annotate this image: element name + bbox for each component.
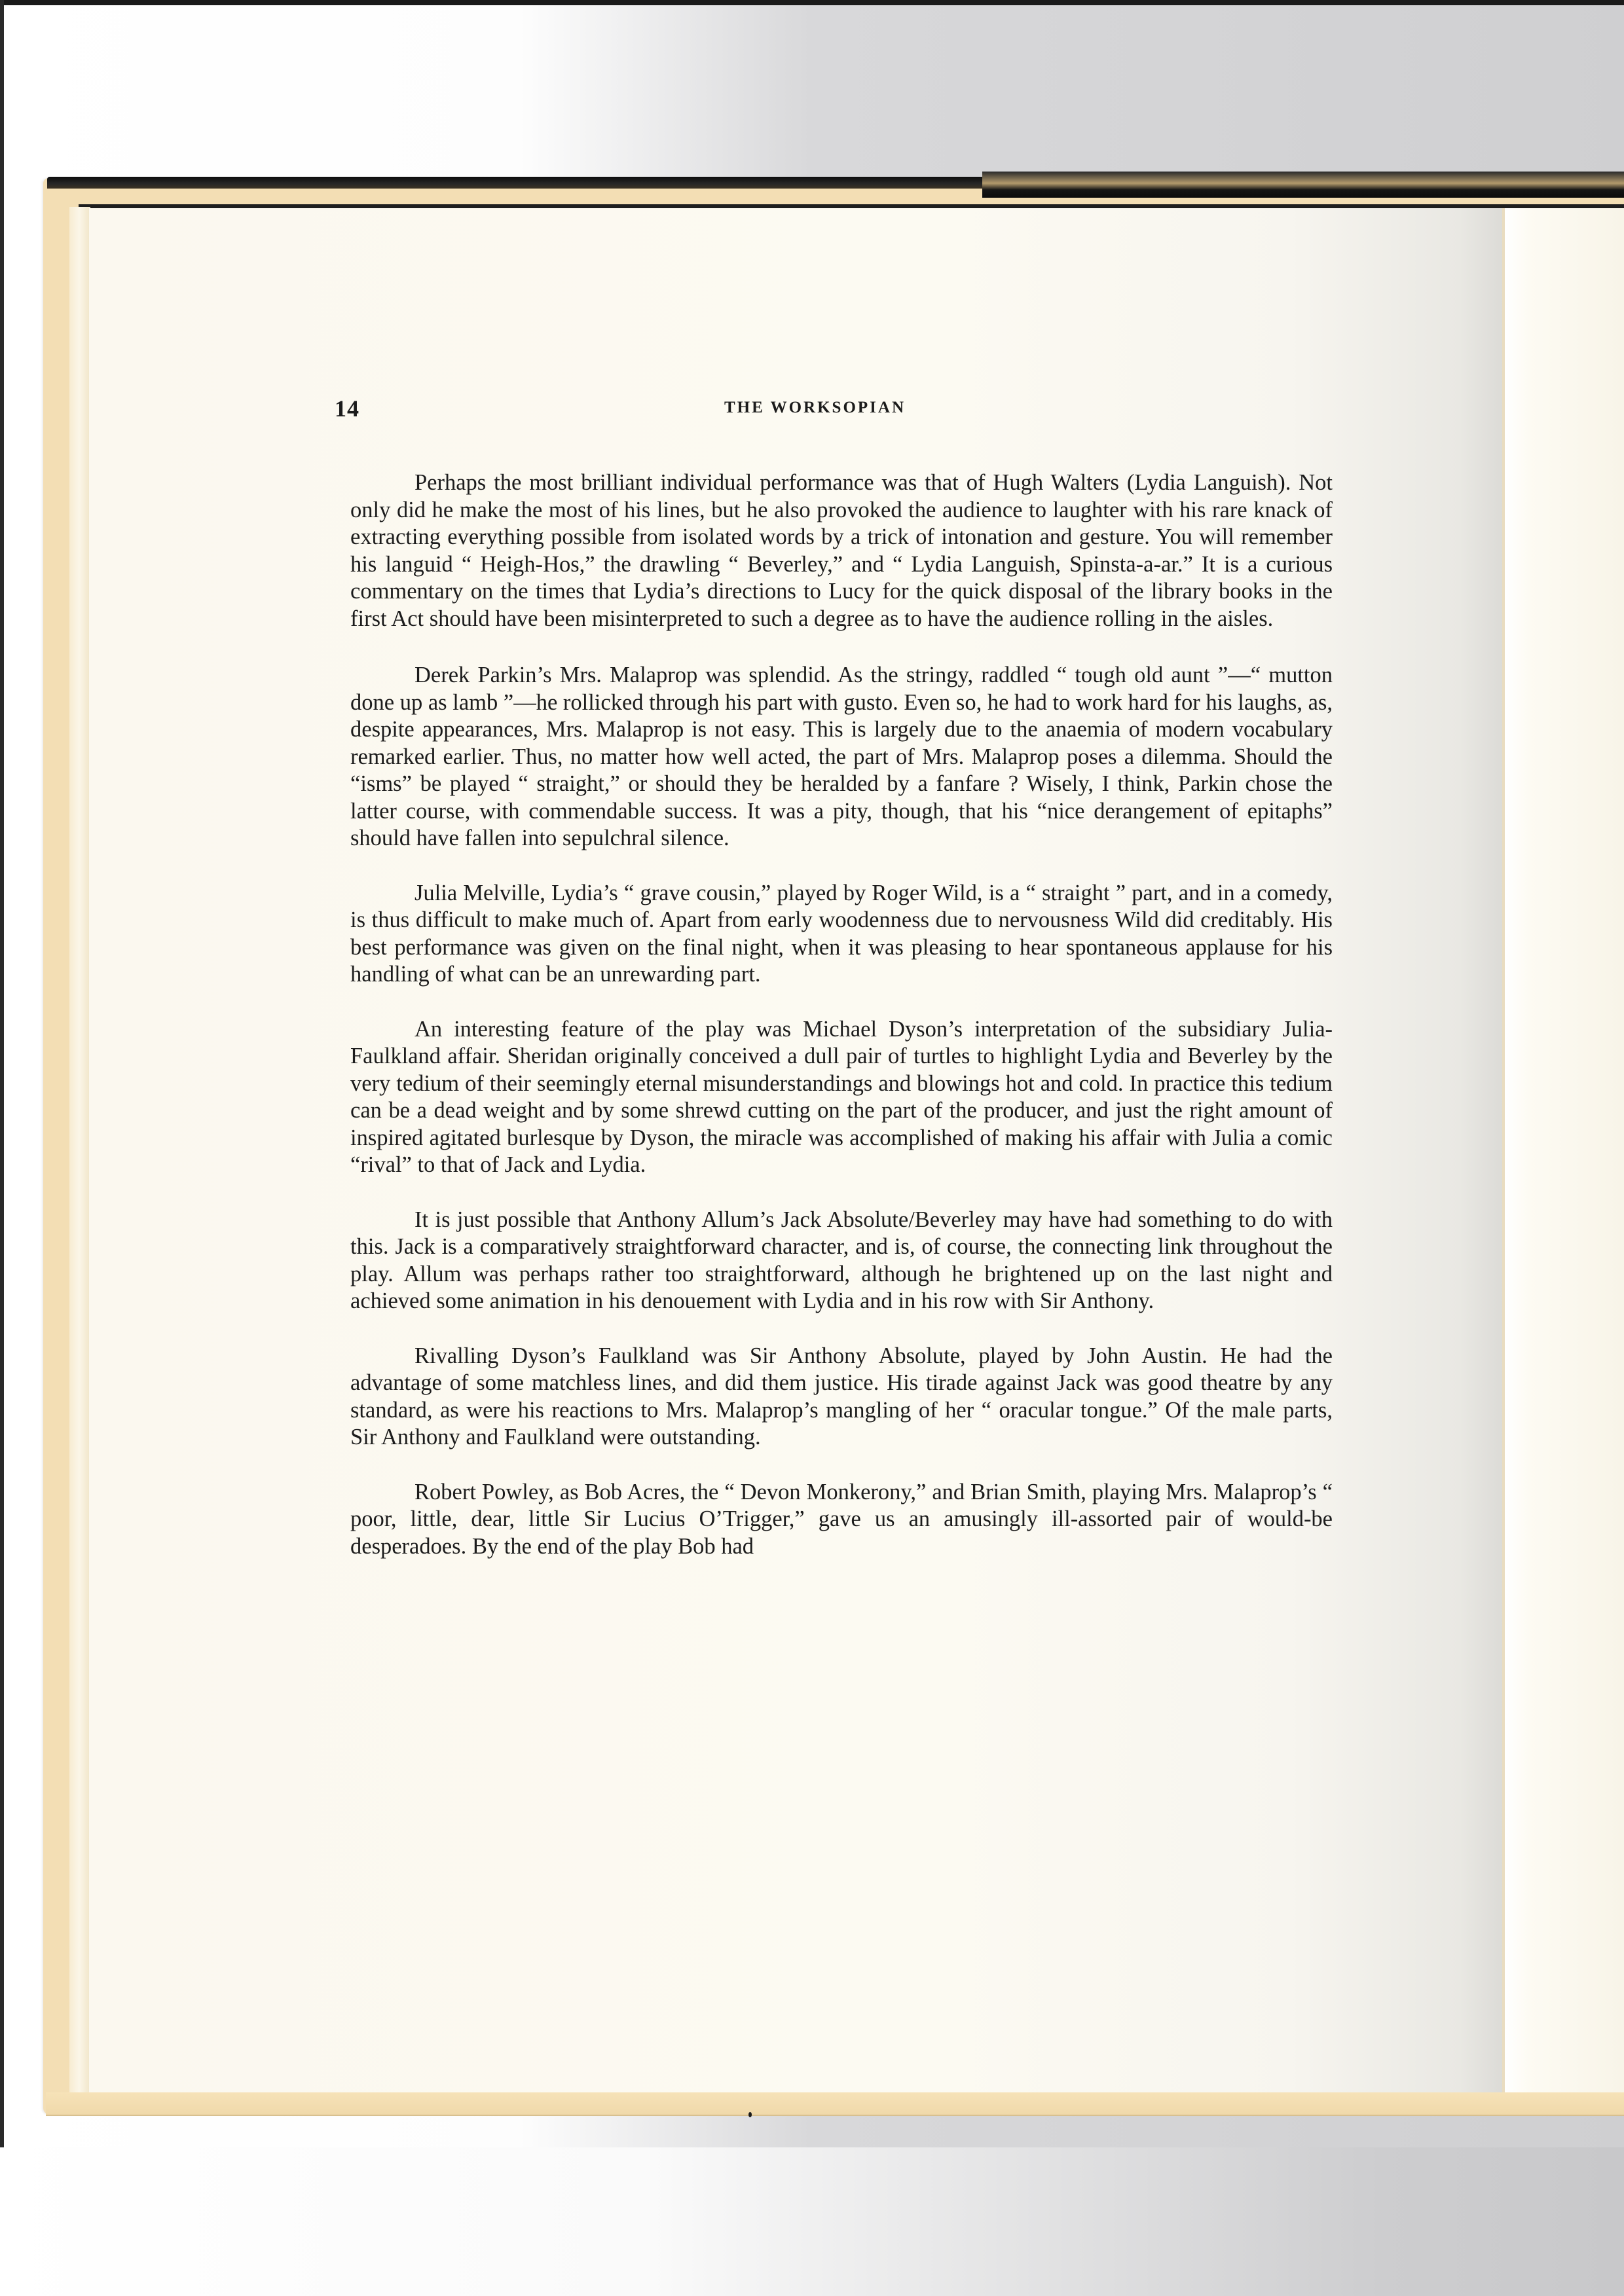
paragraph-hugh-walters: Perhaps the most brilliant individual pe…: [350, 469, 1333, 632]
scan-border-top: [0, 0, 1624, 5]
article-body: Perhaps the most brilliant individual pe…: [350, 469, 1333, 1560]
paragraph-john-austin: Rivalling Dyson’s Faulkland was Sir Anth…: [350, 1343, 1333, 1451]
booklet-top-edge-worn: [982, 172, 1624, 198]
paragraph-powley-smith: Robert Powley, as Bob Acres, the “ Devon…: [350, 1479, 1333, 1561]
paragraph-roger-wild: Julia Melville, Lydia’s “ grave cousin,”…: [350, 880, 1333, 989]
page-number: 14: [335, 395, 360, 422]
running-head: 14 THE WORKSOPIAN: [335, 395, 1337, 421]
paragraph-michael-dyson: An interesting feature of the play was M…: [350, 1016, 1333, 1179]
scan-border-left: [0, 0, 4, 2296]
page-stack-edge: [69, 207, 90, 2094]
paragraph-anthony-allum: It is just possible that Anthony Allum’s…: [350, 1207, 1333, 1315]
booklet-bottom-edge: [46, 2092, 1624, 2116]
paragraph-derek-parkin: Derek Parkin’s Mrs. Malaprop was splendi…: [350, 662, 1333, 852]
journal-title: THE WORKSOPIAN: [724, 399, 906, 417]
scanner-background: [0, 2147, 1624, 2296]
ink-speck: [748, 2112, 752, 2117]
facing-page-edge: [1505, 208, 1624, 2094]
